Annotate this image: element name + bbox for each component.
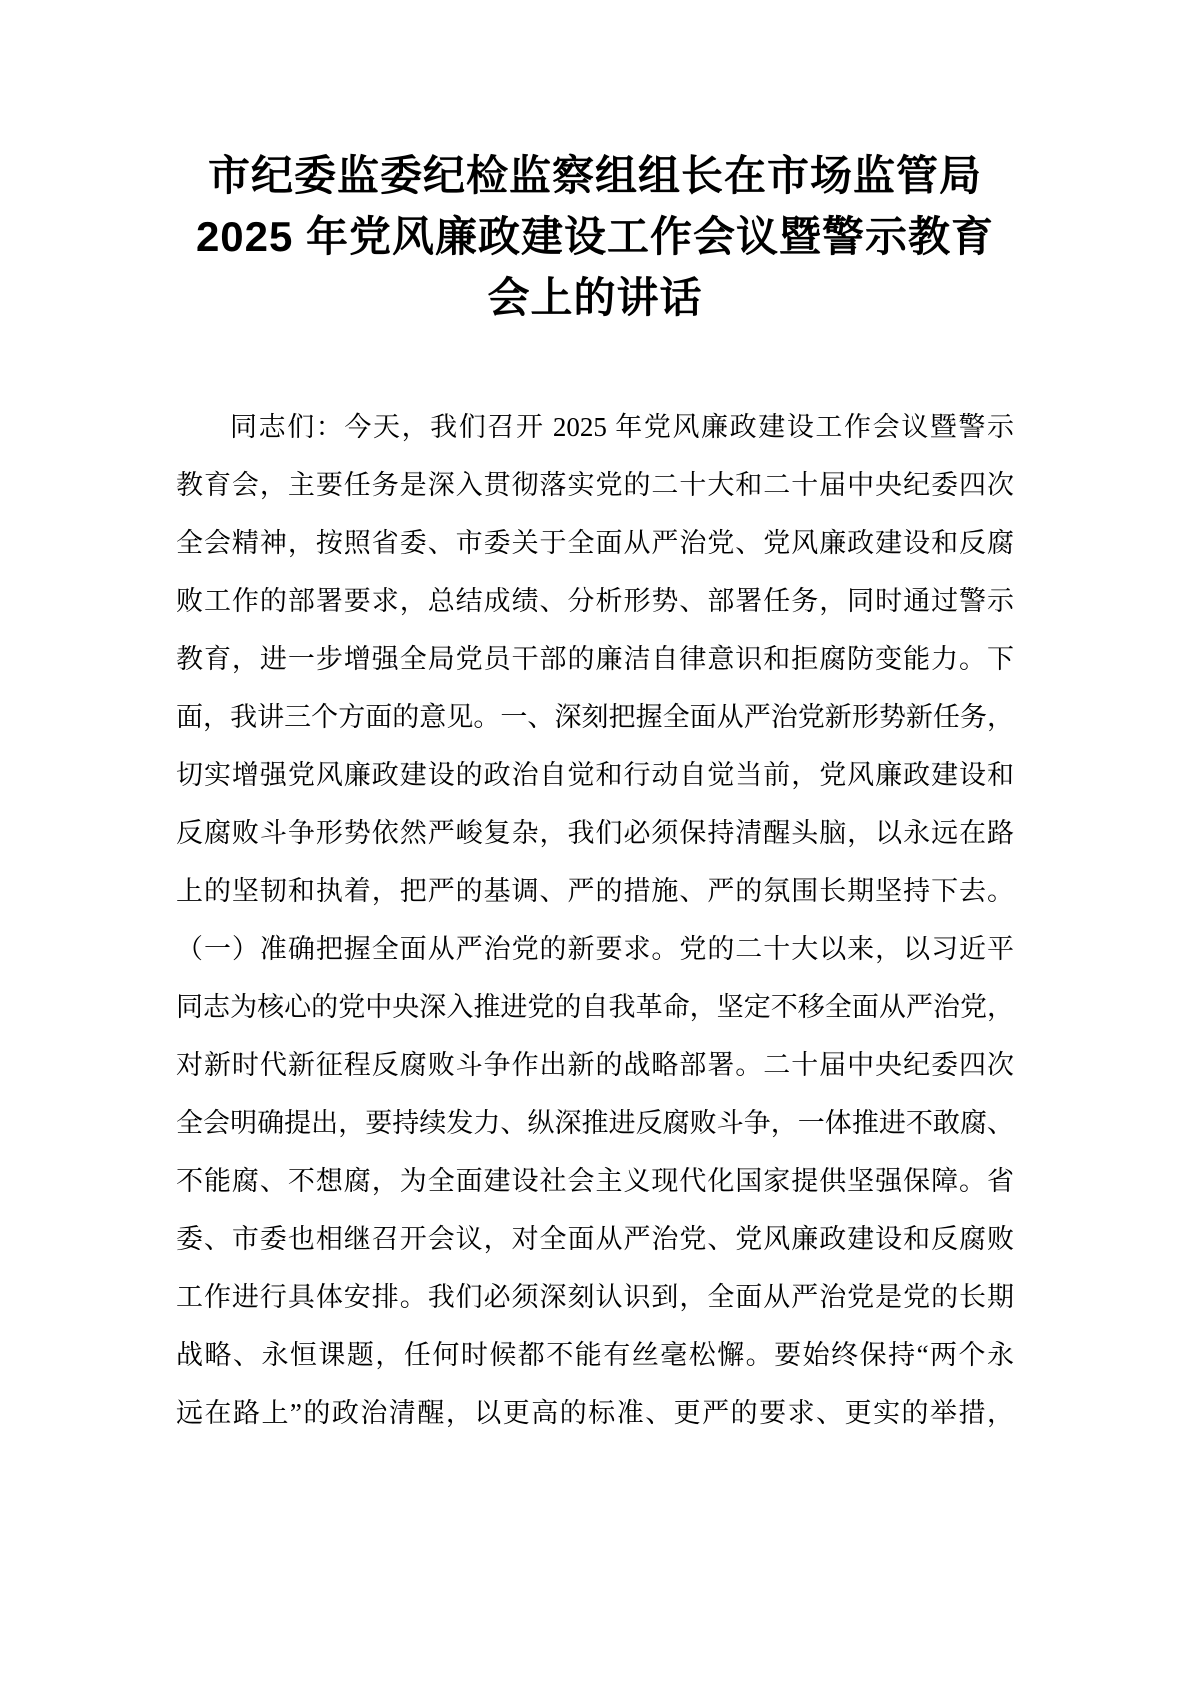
body-text-line: 上的坚韧和执着，把严的基调、严的措施、严的氛围长期坚持下去。 bbox=[176, 862, 1014, 920]
body-text-line: 委、市委也相继召开会议，对全面从严治党、党风廉政建设和反腐败 bbox=[176, 1210, 1014, 1268]
body-text-line: 面，我讲三个方面的意见。一、深刻把握全面从严治党新形势新任务， bbox=[176, 688, 1014, 746]
title-line: 2025 年党风廉政建设工作会议暨警示教育 bbox=[176, 206, 1014, 267]
body-text-line: 教育，进一步增强全局党员干部的廉洁自律意识和拒腐防变能力。下 bbox=[176, 630, 1014, 688]
body-text-line: 不能腐、不想腐，为全面建设社会主义现代化国家提供坚强保障。省 bbox=[176, 1152, 1014, 1210]
document-body: 同志们：今天，我们召开 2025 年党风廉政建设工作会议暨警示教育会，主要任务是… bbox=[176, 398, 1014, 1442]
title-line: 会上的讲话 bbox=[176, 267, 1014, 328]
body-text-line: 工作进行具体安排。我们必须深刻认识到，全面从严治党是党的长期 bbox=[176, 1268, 1014, 1326]
document-title: 市纪委监委纪检监察组组长在市场监管局2025 年党风廉政建设工作会议暨警示教育会… bbox=[176, 145, 1014, 328]
body-text-line: 全会精神，按照省委、市委关于全面从严治党、党风廉政建设和反腐 bbox=[176, 514, 1014, 572]
body-text-line: （一）准确把握全面从严治党的新要求。党的二十大以来，以习近平 bbox=[176, 920, 1014, 978]
body-text-line: 切实增强党风廉政建设的政治自觉和行动自觉当前，党风廉政建设和 bbox=[176, 746, 1014, 804]
document-page: 市纪委监委纪检监察组组长在市场监管局2025 年党风廉政建设工作会议暨警示教育会… bbox=[0, 0, 1190, 1683]
body-text-line: 对新时代新征程反腐败斗争作出新的战略部署。二十届中央纪委四次 bbox=[176, 1036, 1014, 1094]
body-text-line: 同志们：今天，我们召开 2025 年党风廉政建设工作会议暨警示 bbox=[176, 398, 1014, 456]
body-text-line: 反腐败斗争形势依然严峻复杂，我们必须保持清醒头脑，以永远在路 bbox=[176, 804, 1014, 862]
body-text-line: 败工作的部署要求，总结成绩、分析形势、部署任务，同时通过警示 bbox=[176, 572, 1014, 630]
body-text-line: 远在路上”的政治清醒，以更高的标准、更严的要求、更实的举措， bbox=[176, 1384, 1014, 1442]
body-text-line: 战略、永恒课题，任何时候都不能有丝毫松懈。要始终保持“两个永 bbox=[176, 1326, 1014, 1384]
title-line: 市纪委监委纪检监察组组长在市场监管局 bbox=[176, 145, 1014, 206]
body-text-line: 教育会，主要任务是深入贯彻落实党的二十大和二十届中央纪委四次 bbox=[176, 456, 1014, 514]
body-text-line: 同志为核心的党中央深入推进党的自我革命，坚定不移全面从严治党， bbox=[176, 978, 1014, 1036]
body-text-line: 全会明确提出，要持续发力、纵深推进反腐败斗争，一体推进不敢腐、 bbox=[176, 1094, 1014, 1152]
